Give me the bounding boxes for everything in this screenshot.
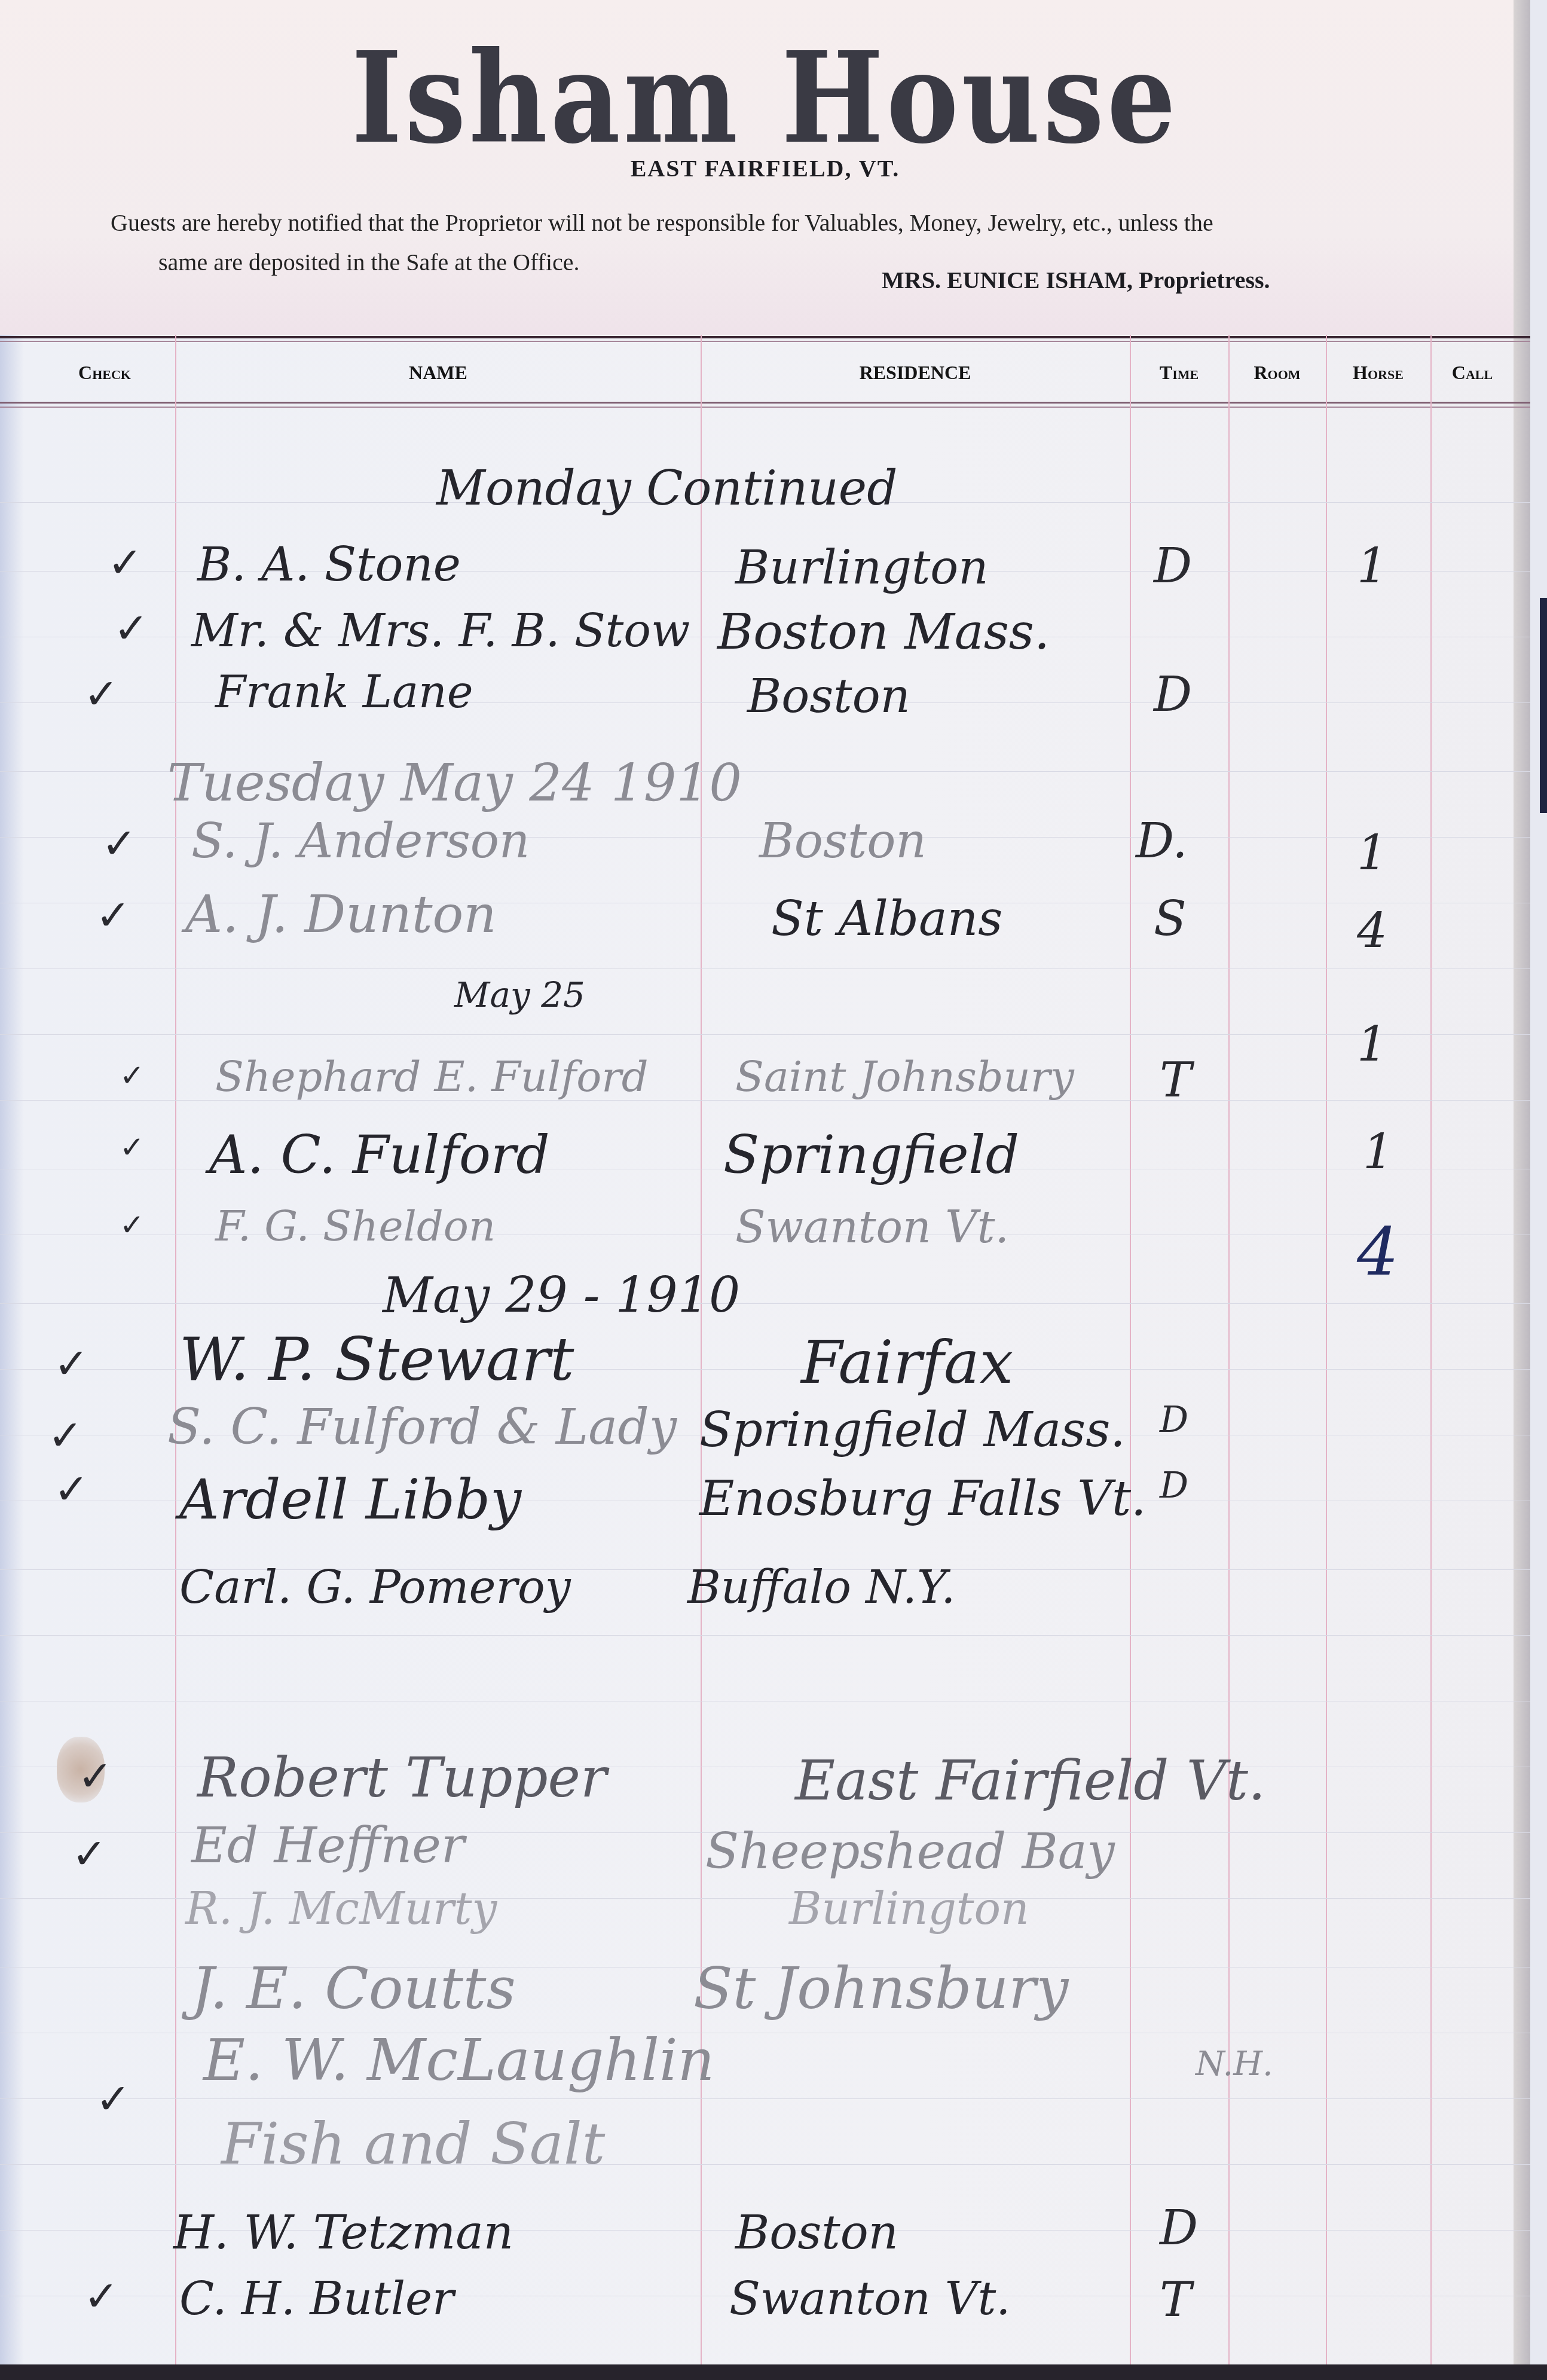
- guest-name: C. H. Butler: [179, 2272, 454, 2325]
- check-mark: ✓: [84, 2272, 119, 2321]
- time-mark: D.: [1136, 813, 1188, 869]
- guest-name: F. G. Sheldon: [215, 1202, 496, 1251]
- binder-edge: [1540, 598, 1547, 813]
- guest-residence: Boston Mass.: [717, 604, 1050, 661]
- time-mark: D: [1160, 1399, 1188, 1441]
- check-mark: ✓: [48, 1411, 83, 1460]
- proprietor-line: MRS. EUNICE ISHAM, Proprietress.: [882, 266, 1270, 294]
- column-divider: [1326, 335, 1327, 2380]
- check-mark: ✓: [120, 1130, 145, 1165]
- header-horse: Horse: [1326, 362, 1430, 384]
- guest-residence: East Fairfield Vt.: [795, 1749, 1265, 1813]
- time-mark: D: [1154, 538, 1192, 594]
- header-rule-bottom-2: [0, 407, 1530, 408]
- horse-mark: 4: [1357, 903, 1387, 958]
- column-headers: Check NAME RESIDENCE Time Room Horse Cal…: [0, 347, 1530, 401]
- check-mark: ✓: [102, 819, 137, 868]
- header-residence: RESIDENCE: [701, 362, 1130, 384]
- date-heading: May 25: [454, 974, 585, 1015]
- guest-name: H. W. Tetzman: [173, 2206, 513, 2260]
- horse-mark: 1: [1363, 1124, 1393, 1180]
- header-rule-top-2: [0, 341, 1530, 342]
- guest-name: Shephard E. Fulford: [215, 1052, 649, 1101]
- guest-name: R. J. McMurty: [185, 1883, 497, 1935]
- guest-name: A. C. Fulford: [209, 1124, 549, 1186]
- header-name: NAME: [175, 362, 701, 384]
- guest-residence: Buffalo N.Y.: [687, 1560, 956, 1614]
- check-mark: ✓: [108, 538, 143, 587]
- date-heading: May 29 - 1910: [383, 1267, 740, 1324]
- guest-name: S. J. Anderson: [191, 813, 530, 869]
- guest-residence: Burlington: [789, 1883, 1029, 1935]
- check-mark: ✓: [78, 1752, 113, 1801]
- header-call: Call: [1430, 362, 1514, 384]
- guest-name: Ardell Libby: [179, 1468, 521, 1532]
- guest-residence: Boston: [759, 813, 927, 869]
- header-room: Room: [1228, 362, 1326, 384]
- check-mark: ✓: [54, 1465, 89, 1514]
- check-mark: ✓: [84, 670, 119, 719]
- check-mark: ✓: [96, 891, 131, 940]
- check-mark: ✓: [120, 1058, 145, 1093]
- guest-residence: Saint Johnsbury: [735, 1052, 1074, 1101]
- guest-residence: Springfield Mass.: [699, 1402, 1126, 1458]
- time-mark: D: [1160, 2200, 1198, 2256]
- guest-residence: Boston: [747, 670, 910, 723]
- guest-name: Carl. G. Pomeroy: [179, 1560, 571, 1614]
- guest-residence: Burlington: [735, 541, 988, 595]
- guest-name: Mr. & Mrs. F. B. Stow: [191, 604, 690, 657]
- guest-name: B. A. Stone: [197, 538, 461, 592]
- horse-mark: 1: [1357, 538, 1387, 594]
- guest-residence: Swanton Vt.: [735, 1202, 1009, 1253]
- notice-line-1: Guests are hereby notified that the Prop…: [111, 203, 1450, 243]
- check-mark: ✓: [114, 604, 149, 653]
- guest-name: W. P. Stewart: [179, 1324, 574, 1394]
- guest-residence: Springfield: [723, 1124, 1019, 1186]
- guest-residence: Enosburg Falls Vt.: [699, 1471, 1147, 1526]
- guest-name: A. J. Dunton: [185, 885, 497, 945]
- check-mark: ✓: [120, 1208, 145, 1242]
- guest-residence: St Albans: [771, 891, 1002, 946]
- time-mark: T: [1160, 2272, 1191, 2327]
- register-page: Isham House EAST FAIRFIELD, VT. Guests a…: [0, 0, 1530, 2380]
- horse-mark: 1: [1357, 1016, 1387, 1072]
- guest-residence: Sheepshead Bay: [705, 1823, 1115, 1880]
- guest-residence: Fairfax: [801, 1327, 1013, 1397]
- horse-mark: 1: [1357, 825, 1387, 881]
- guest-residence: Swanton Vt.: [729, 2272, 1010, 2325]
- header-rule-bottom: [0, 402, 1530, 404]
- header-rule-top: [0, 336, 1530, 338]
- time-mark: D: [1154, 667, 1192, 722]
- guest-name: Frank Lane: [215, 667, 473, 718]
- guest-name: S. C. Fulford & Lady: [167, 1399, 677, 1456]
- date-heading: Monday Continued: [436, 460, 897, 516]
- header-check: Check: [36, 362, 173, 384]
- guest-name: E. W. McLaughlin: [203, 2027, 714, 2094]
- check-mark: ✓: [54, 1339, 89, 1388]
- guest-residence: St Johnsbury: [693, 1955, 1068, 2022]
- guest-name: Fish and Salt: [221, 2110, 605, 2177]
- guest-name: Ed Heffner: [191, 1817, 464, 1874]
- check-mark: ✓: [72, 1829, 107, 1878]
- column-divider: [175, 335, 176, 2380]
- time-mark: S: [1154, 891, 1187, 946]
- horse-mark: 4: [1357, 1214, 1399, 1290]
- time-mark: D: [1160, 1465, 1188, 1507]
- date-heading: Tuesday May 24 1910: [167, 753, 742, 813]
- check-mark: ✓: [96, 2075, 131, 2124]
- guest-residence: N.H.: [1196, 2045, 1273, 2083]
- book-cover-edge: [0, 2364, 1547, 2380]
- hotel-title: Isham House: [107, 24, 1423, 172]
- guest-name: J. E. Coutts: [191, 1955, 516, 2022]
- column-divider: [1130, 335, 1131, 2380]
- hotel-location: EAST FAIRFIELD, VT.: [0, 154, 1530, 182]
- guest-residence: Boston: [735, 2206, 898, 2260]
- column-divider: [1430, 335, 1432, 2380]
- guest-name: Robert Tupper: [197, 1746, 607, 1810]
- header-time: Time: [1130, 362, 1228, 384]
- time-mark: T: [1160, 1052, 1191, 1108]
